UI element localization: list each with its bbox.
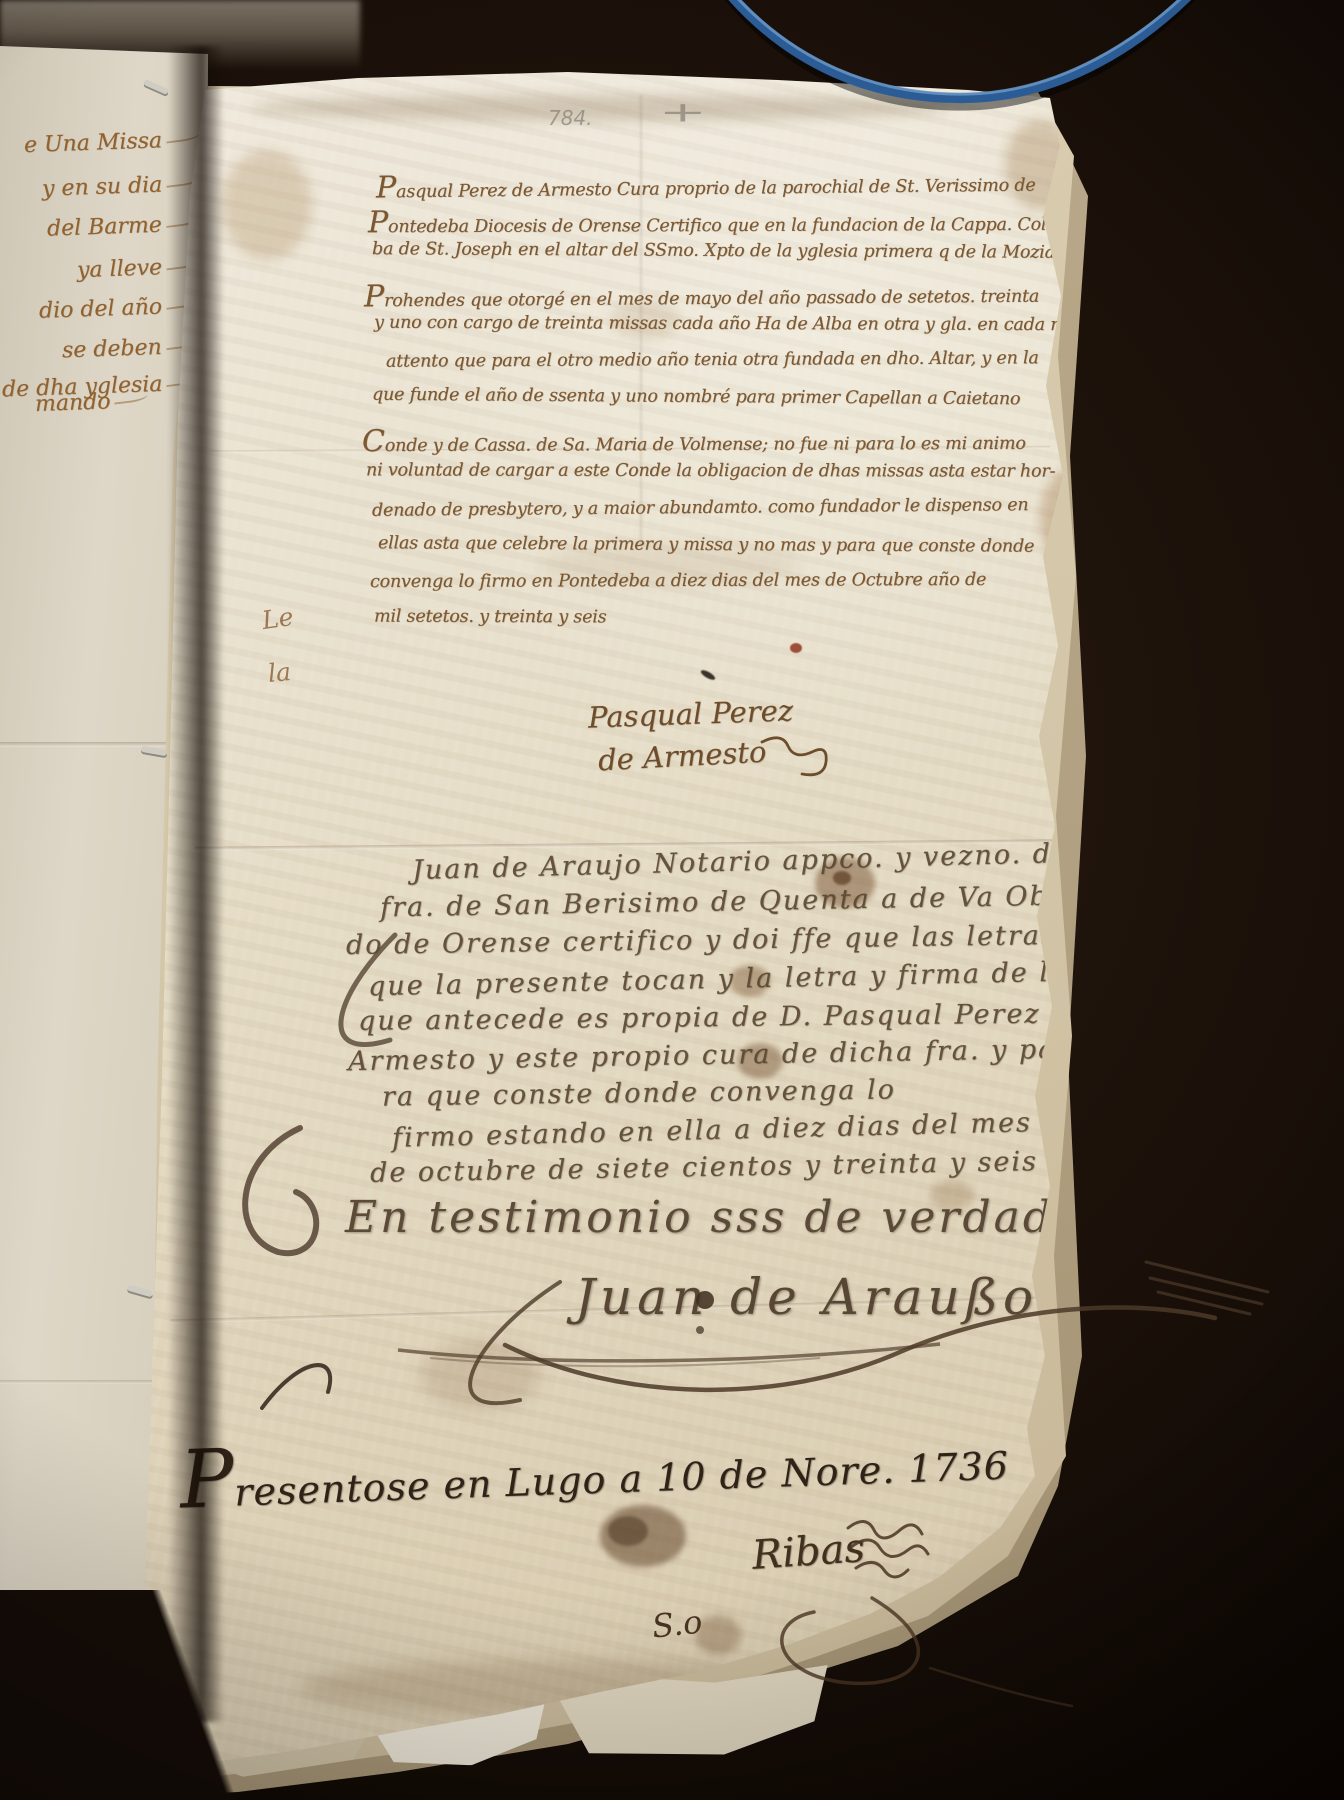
ribas-signature: Ribas xyxy=(751,1528,866,1576)
certificate-line: convenga lo firmo en Pontedeba a diez di… xyxy=(370,572,986,592)
notary-line: que antecede es propia de D. Pasqual Per… xyxy=(358,1000,1089,1035)
certificate-line: ni voluntad de cargar a este Conde la ob… xyxy=(366,462,1055,481)
notary-line: firmo estando en ella a diez dias del me… xyxy=(392,1109,1032,1152)
red-fleck xyxy=(790,643,802,653)
photo-of-manuscript: e Una Missa y en su dia del Barme ya lle… xyxy=(0,0,1344,1800)
smudge-stain xyxy=(608,1516,648,1546)
notary-line: ra que conste donde convenga lo xyxy=(382,1076,896,1110)
book-gutter-shadow xyxy=(168,46,224,1722)
facing-page-text-fragment: mando xyxy=(34,388,148,417)
stain xyxy=(420,1340,540,1410)
certificate-line: ellas asta que celebre la primera y miss… xyxy=(378,535,1034,556)
certificate-line: Pasqual Perez de Armesto Cura proprio de… xyxy=(376,167,1036,204)
certificate-line: ba de St. Joseph en el altar del SSmo. X… xyxy=(372,241,1081,262)
stain xyxy=(250,95,950,121)
escribano-mark: S.o xyxy=(650,1605,703,1642)
dark-fleck xyxy=(700,668,717,681)
stain xyxy=(222,150,312,260)
pasqual-signature-line1: Pasqual Perez xyxy=(588,696,794,732)
certificate-line: que funde el año de ssenta y uno nombré … xyxy=(372,387,1020,409)
certificate-line: mil setetos. y treinta y seis xyxy=(374,609,606,627)
certificate-line: Pontedeba Diocesis de Orense Certifico q… xyxy=(368,206,1075,238)
certificate-line: denado de presbytero, y a maior abundamt… xyxy=(372,497,1029,520)
certificate-line: Conde y de Cassa. de Sa. Maria de Volmen… xyxy=(362,425,1026,457)
juan-signature: Juan de Araußo xyxy=(575,1272,1038,1322)
certificate-line: attento que para el otro medio año tenia… xyxy=(386,350,1039,371)
dark-corner-bottom-left xyxy=(0,1590,380,1800)
margin-mark: la xyxy=(267,659,292,686)
attestation-text: En testimonio sss de verdad xyxy=(345,1196,1054,1240)
notary-line: que la presente tocan y la letra y firma… xyxy=(368,959,1069,1001)
footer-presentation-line: Presentose en Lugo a 10 de Nore. 1736 xyxy=(179,1434,1009,1514)
manuscript-page: 784. + Pasqual Perez de Armesto Cura pro… xyxy=(138,56,1144,1780)
notary-line: de octubre de siete cientos y treinta y … xyxy=(370,1148,1038,1187)
certificate-line: Prohendes que otorgé en el mes de mayo d… xyxy=(364,278,1039,313)
notary-line: Armesto y este propio cura de dicha fra.… xyxy=(348,1036,1068,1076)
folio-number: 784. xyxy=(548,108,593,128)
notary-line: do de Orense certifico y doi ffe que las… xyxy=(346,922,1057,959)
margin-mark: Le xyxy=(260,604,295,633)
notary-line: fra. de San Berisimo de Quenta a de Va O… xyxy=(380,882,1124,922)
cross-mark: + xyxy=(659,99,707,126)
pasqual-signature-line2: de Armesto xyxy=(597,738,767,776)
certificate-line: y uno con cargo de treinta missas cada a… xyxy=(374,315,1104,335)
